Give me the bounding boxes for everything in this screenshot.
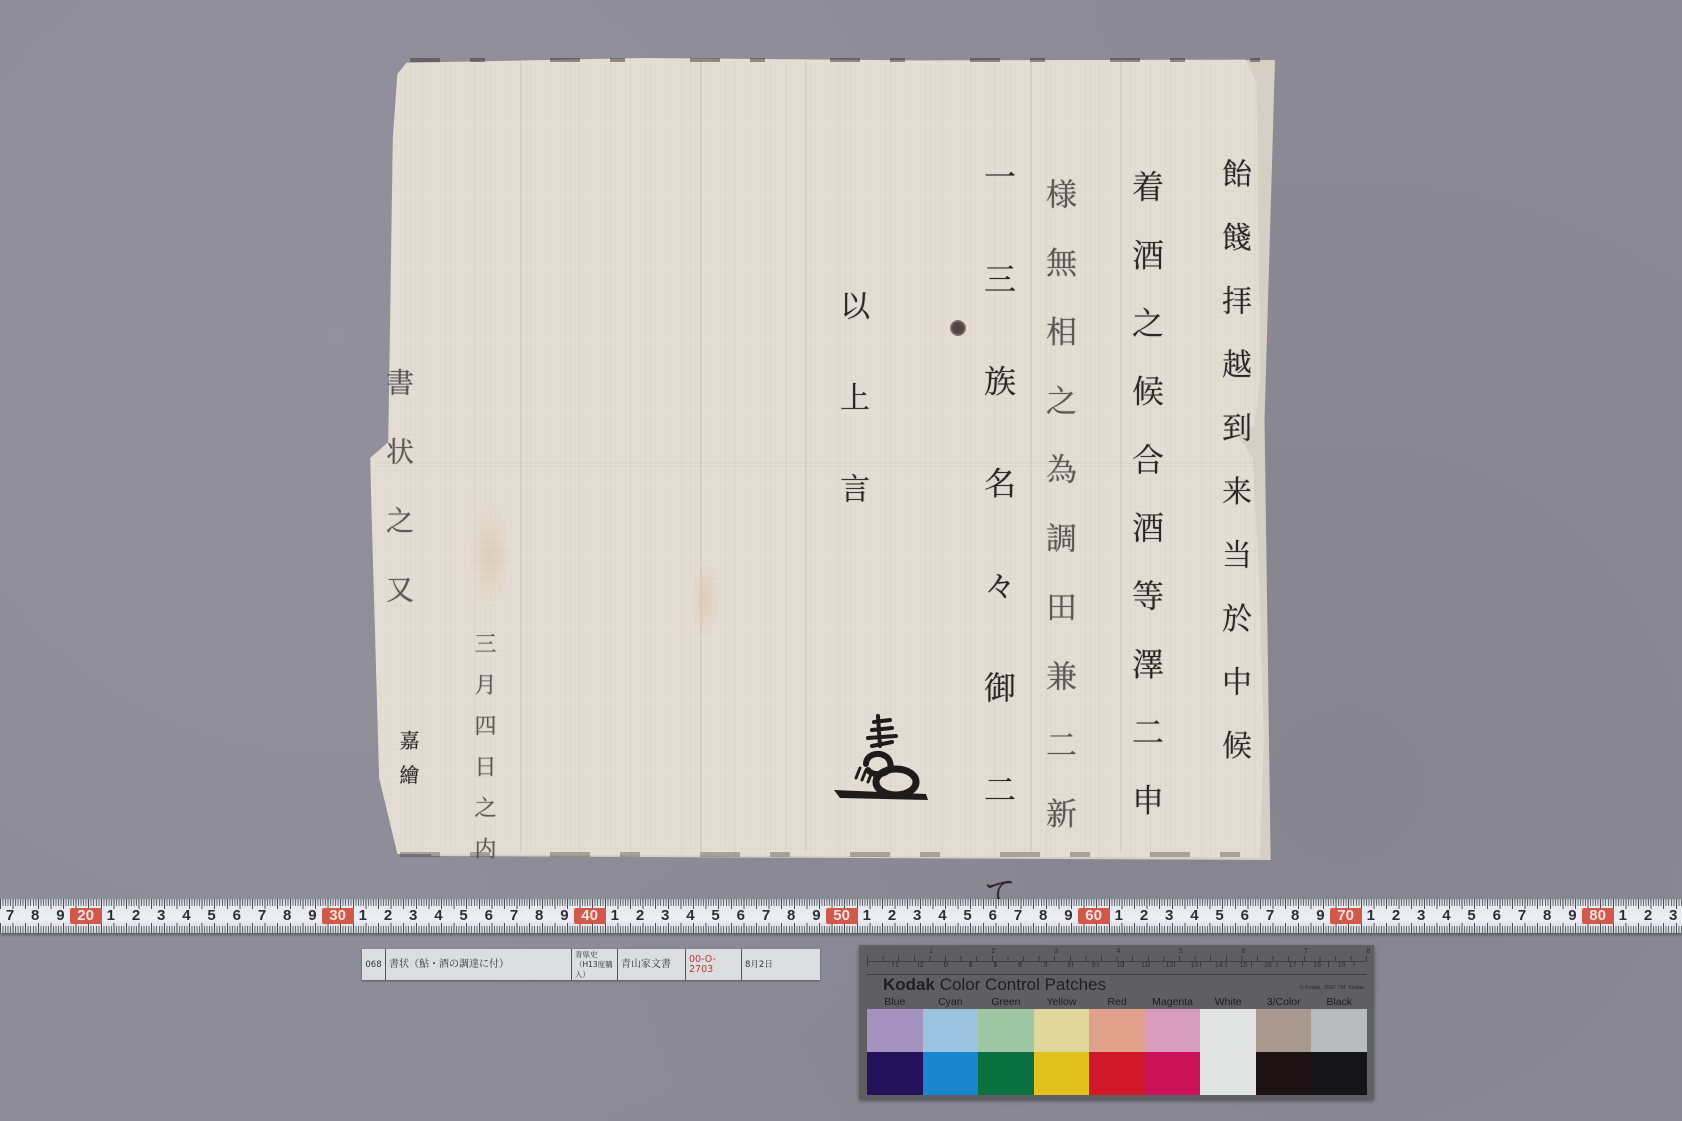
tape-number: 6 [1485, 908, 1509, 924]
tape-number: 6 [1233, 908, 1257, 924]
cm-tick-label: 8 [1067, 962, 1071, 969]
tape-number: 7 [0, 908, 22, 924]
cm-tick-label: 14 [1215, 962, 1223, 969]
cm-tick-label: 5 [993, 962, 997, 969]
kodak-card-title: Color Control Patches [940, 975, 1106, 994]
cm-tick-label: 16 [1264, 962, 1272, 969]
color-patch-light [1200, 1009, 1256, 1095]
paper-stain [690, 560, 720, 640]
tape-number: 4 [426, 908, 450, 924]
cm-tick-label: 11 [1141, 962, 1148, 969]
tape-number: 50 [826, 908, 858, 924]
tape-number: 3 [1157, 908, 1181, 924]
color-patch-light [1034, 1009, 1090, 1052]
vertical-crease [1120, 62, 1122, 852]
paper-bottom-edge [400, 852, 1270, 857]
patch-name: Cyan [923, 996, 979, 1008]
vertical-crease [1030, 62, 1032, 852]
tape-number: 1 [351, 908, 375, 924]
cm-tick-label: 10 [1116, 962, 1124, 969]
tape-number: 9 [1308, 908, 1332, 924]
tape-number: 1 [1611, 908, 1635, 924]
tape-number: 3 [1409, 908, 1433, 924]
label-code: 00-O-2703 [686, 949, 742, 980]
inch-tick-label: 5 [1179, 948, 1183, 955]
tape-number: 2 [1384, 908, 1408, 924]
tape-number: 9 [1560, 908, 1584, 924]
text-column-1: 飴 餞 拝 越 到 来 当 於 中 候 [1218, 158, 1248, 772]
tape-number: 9 [48, 908, 72, 924]
tape-number: 60 [1078, 908, 1110, 924]
color-patch-dark [1145, 1052, 1201, 1095]
vertical-crease [805, 62, 807, 852]
color-patch-light [923, 1009, 979, 1052]
tape-number: 1 [855, 908, 879, 924]
kodak-patches-grid [867, 1009, 1367, 1095]
patch-name: Yellow [1034, 996, 1090, 1008]
tape-number: 2 [880, 908, 904, 924]
vertical-crease [520, 62, 522, 852]
inch-tick-label: 7 [1304, 948, 1308, 955]
text-column-5: 以 上 言 [836, 290, 866, 529]
color-patch-light [867, 1009, 923, 1052]
tape-number: 9 [804, 908, 828, 924]
patch-name: Magenta [1145, 996, 1201, 1008]
text-column-4: 一 三 族 名 々 御 二 て [982, 160, 1014, 937]
tape-number: 80 [1582, 908, 1614, 924]
tape-number: 5 [452, 908, 476, 924]
patch-name: White [1200, 996, 1256, 1008]
cm-tick-label: 1 [895, 962, 899, 969]
text-column-3: 様 無 相 之 為 調 田 兼 二 新 [1042, 178, 1073, 843]
cm-tick-label: 9 [1092, 962, 1096, 969]
kodak-copyright: © Kodak, 2007 TM: Kodak [1300, 985, 1365, 991]
tape-number: 8 [23, 908, 47, 924]
wormhole [950, 320, 966, 336]
tape-number: 5 [1460, 908, 1484, 924]
label-title: 書状（鮎・酒の調達に付） [386, 949, 572, 980]
tape-number: 1 [99, 908, 123, 924]
tape-number: 2 [124, 908, 148, 924]
tape-measure: 7892012345678930123456789401234567895012… [0, 899, 1682, 933]
tape-number: 6 [729, 908, 753, 924]
text-column-2: 着 酒 之 候 合 酒 等 澤 二 申 [1130, 170, 1162, 829]
cm-tick-label: 4 [969, 962, 973, 969]
tape-number: 8 [527, 908, 551, 924]
color-patch-light [978, 1009, 1034, 1052]
kodak-logo-text: Kodak [883, 975, 935, 994]
tape-number: 8 [779, 908, 803, 924]
inch-tick-label: 2 [992, 948, 996, 955]
tape-number: 30 [322, 908, 354, 924]
color-patch-dark [1311, 1052, 1367, 1095]
tape-number: 6 [981, 908, 1005, 924]
tape-number: 7 [502, 908, 526, 924]
date-column: 三 月 四 日 之 内 [472, 632, 494, 865]
margin-note-column: 書 状 之 又 [384, 368, 412, 619]
tape-number: 70 [1330, 908, 1362, 924]
tape-number: 7 [250, 908, 274, 924]
color-patch-light [1089, 1009, 1145, 1052]
tape-number: 2 [628, 908, 652, 924]
tape-number: 1 [1359, 908, 1383, 924]
label-source: 青県史（H13度購入） [572, 949, 618, 980]
color-patch-dark [1256, 1052, 1312, 1095]
tape-number: 8 [275, 908, 299, 924]
tape-number: 3 [1661, 908, 1682, 924]
color-patch-dark [978, 1052, 1034, 1095]
tape-number: 5 [704, 908, 728, 924]
tape-number: 8 [1535, 908, 1559, 924]
cm-tick-label: 3 [944, 962, 948, 969]
patch-name: Blue [867, 996, 923, 1008]
tape-number: 2 [1636, 908, 1660, 924]
cm-tick-label: 2 [920, 962, 924, 969]
tape-number: 5 [200, 908, 224, 924]
patch-name: Red [1089, 996, 1145, 1008]
tape-number: 7 [754, 908, 778, 924]
horizontal-fold-line [375, 463, 1255, 466]
tape-number: 3 [653, 908, 677, 924]
patch-name: Green [978, 996, 1034, 1008]
vertical-crease [700, 62, 702, 852]
tape-number: 3 [905, 908, 929, 924]
patch-name: 3/Color [1256, 996, 1312, 1008]
cm-tick-label: 19 [1338, 962, 1346, 969]
tape-number: 4 [174, 908, 198, 924]
inch-tick-label: 4 [1117, 948, 1121, 955]
paper-stain [470, 500, 510, 610]
kao-signature-mark [826, 712, 936, 804]
label-collection: 青山家文書 [618, 949, 686, 980]
tape-number: 4 [1434, 908, 1458, 924]
catalog-label: 068 書状（鮎・酒の調達に付） 青県史（H13度購入） 青山家文書 00-O-… [362, 949, 820, 980]
tape-number: 1 [603, 908, 627, 924]
tape-number: 6 [225, 908, 249, 924]
tape-number: 9 [1056, 908, 1080, 924]
cm-tick-label: 6 [1018, 962, 1022, 969]
color-patch-dark [867, 1052, 923, 1095]
kodak-color-card: 1234567812345678910111213141516171819 Ko… [859, 945, 1374, 1099]
tape-number: 9 [300, 908, 324, 924]
inch-tick-label: 8 [1367, 948, 1371, 955]
tape-number: 40 [574, 908, 606, 924]
tape-number: 8 [1283, 908, 1307, 924]
tape-number: 5 [1208, 908, 1232, 924]
color-patch-dark [1089, 1052, 1145, 1095]
addressee-column: 嘉 繪 [398, 730, 418, 788]
tape-number: 1 [1107, 908, 1131, 924]
tape-number: 6 [477, 908, 501, 924]
tape-number: 7 [1258, 908, 1282, 924]
inch-tick-label: 1 [929, 948, 933, 955]
patch-name: Black [1312, 996, 1368, 1008]
label-date: 8月2日 [742, 949, 820, 980]
tape-number: 4 [1182, 908, 1206, 924]
inch-tick-label: 6 [1242, 948, 1246, 955]
tape-number: 2 [1132, 908, 1156, 924]
tape-number: 8 [1031, 908, 1055, 924]
tape-number: 5 [956, 908, 980, 924]
tape-number: 3 [401, 908, 425, 924]
tape-number: 9 [552, 908, 576, 924]
cm-tick-label: 13 [1190, 962, 1198, 969]
kodak-brand-title: Kodak Color Control Patches [883, 975, 1106, 995]
tape-number: 4 [930, 908, 954, 924]
tape-number: 7 [1006, 908, 1030, 924]
inch-tick-label: 3 [1054, 948, 1058, 955]
cm-tick-label: 12 [1166, 962, 1174, 969]
color-patch-light [1311, 1009, 1367, 1052]
cm-tick-label: 7 [1043, 962, 1047, 969]
cm-tick-label: 15 [1239, 962, 1247, 969]
paper-top-edge [410, 58, 1260, 62]
label-number: 068 [362, 949, 386, 980]
color-patch-dark [923, 1052, 979, 1095]
tape-number: 7 [1510, 908, 1534, 924]
tape-number: 4 [678, 908, 702, 924]
kodak-patch-names: BlueCyanGreenYellowRedMagentaWhite3/Colo… [867, 996, 1367, 1008]
color-patch-light [1145, 1009, 1201, 1052]
color-patch-light [1256, 1009, 1312, 1052]
tape-cm-ticks-bottom [0, 923, 1682, 933]
cm-tick-label: 18 [1313, 962, 1321, 969]
tape-number: 2 [376, 908, 400, 924]
cm-tick-label: 17 [1289, 962, 1297, 969]
tape-number: 20 [70, 908, 102, 924]
color-patch-dark [1034, 1052, 1090, 1095]
kodak-ruler: 1234567812345678910111213141516171819 [867, 948, 1367, 975]
tape-number: 3 [149, 908, 173, 924]
